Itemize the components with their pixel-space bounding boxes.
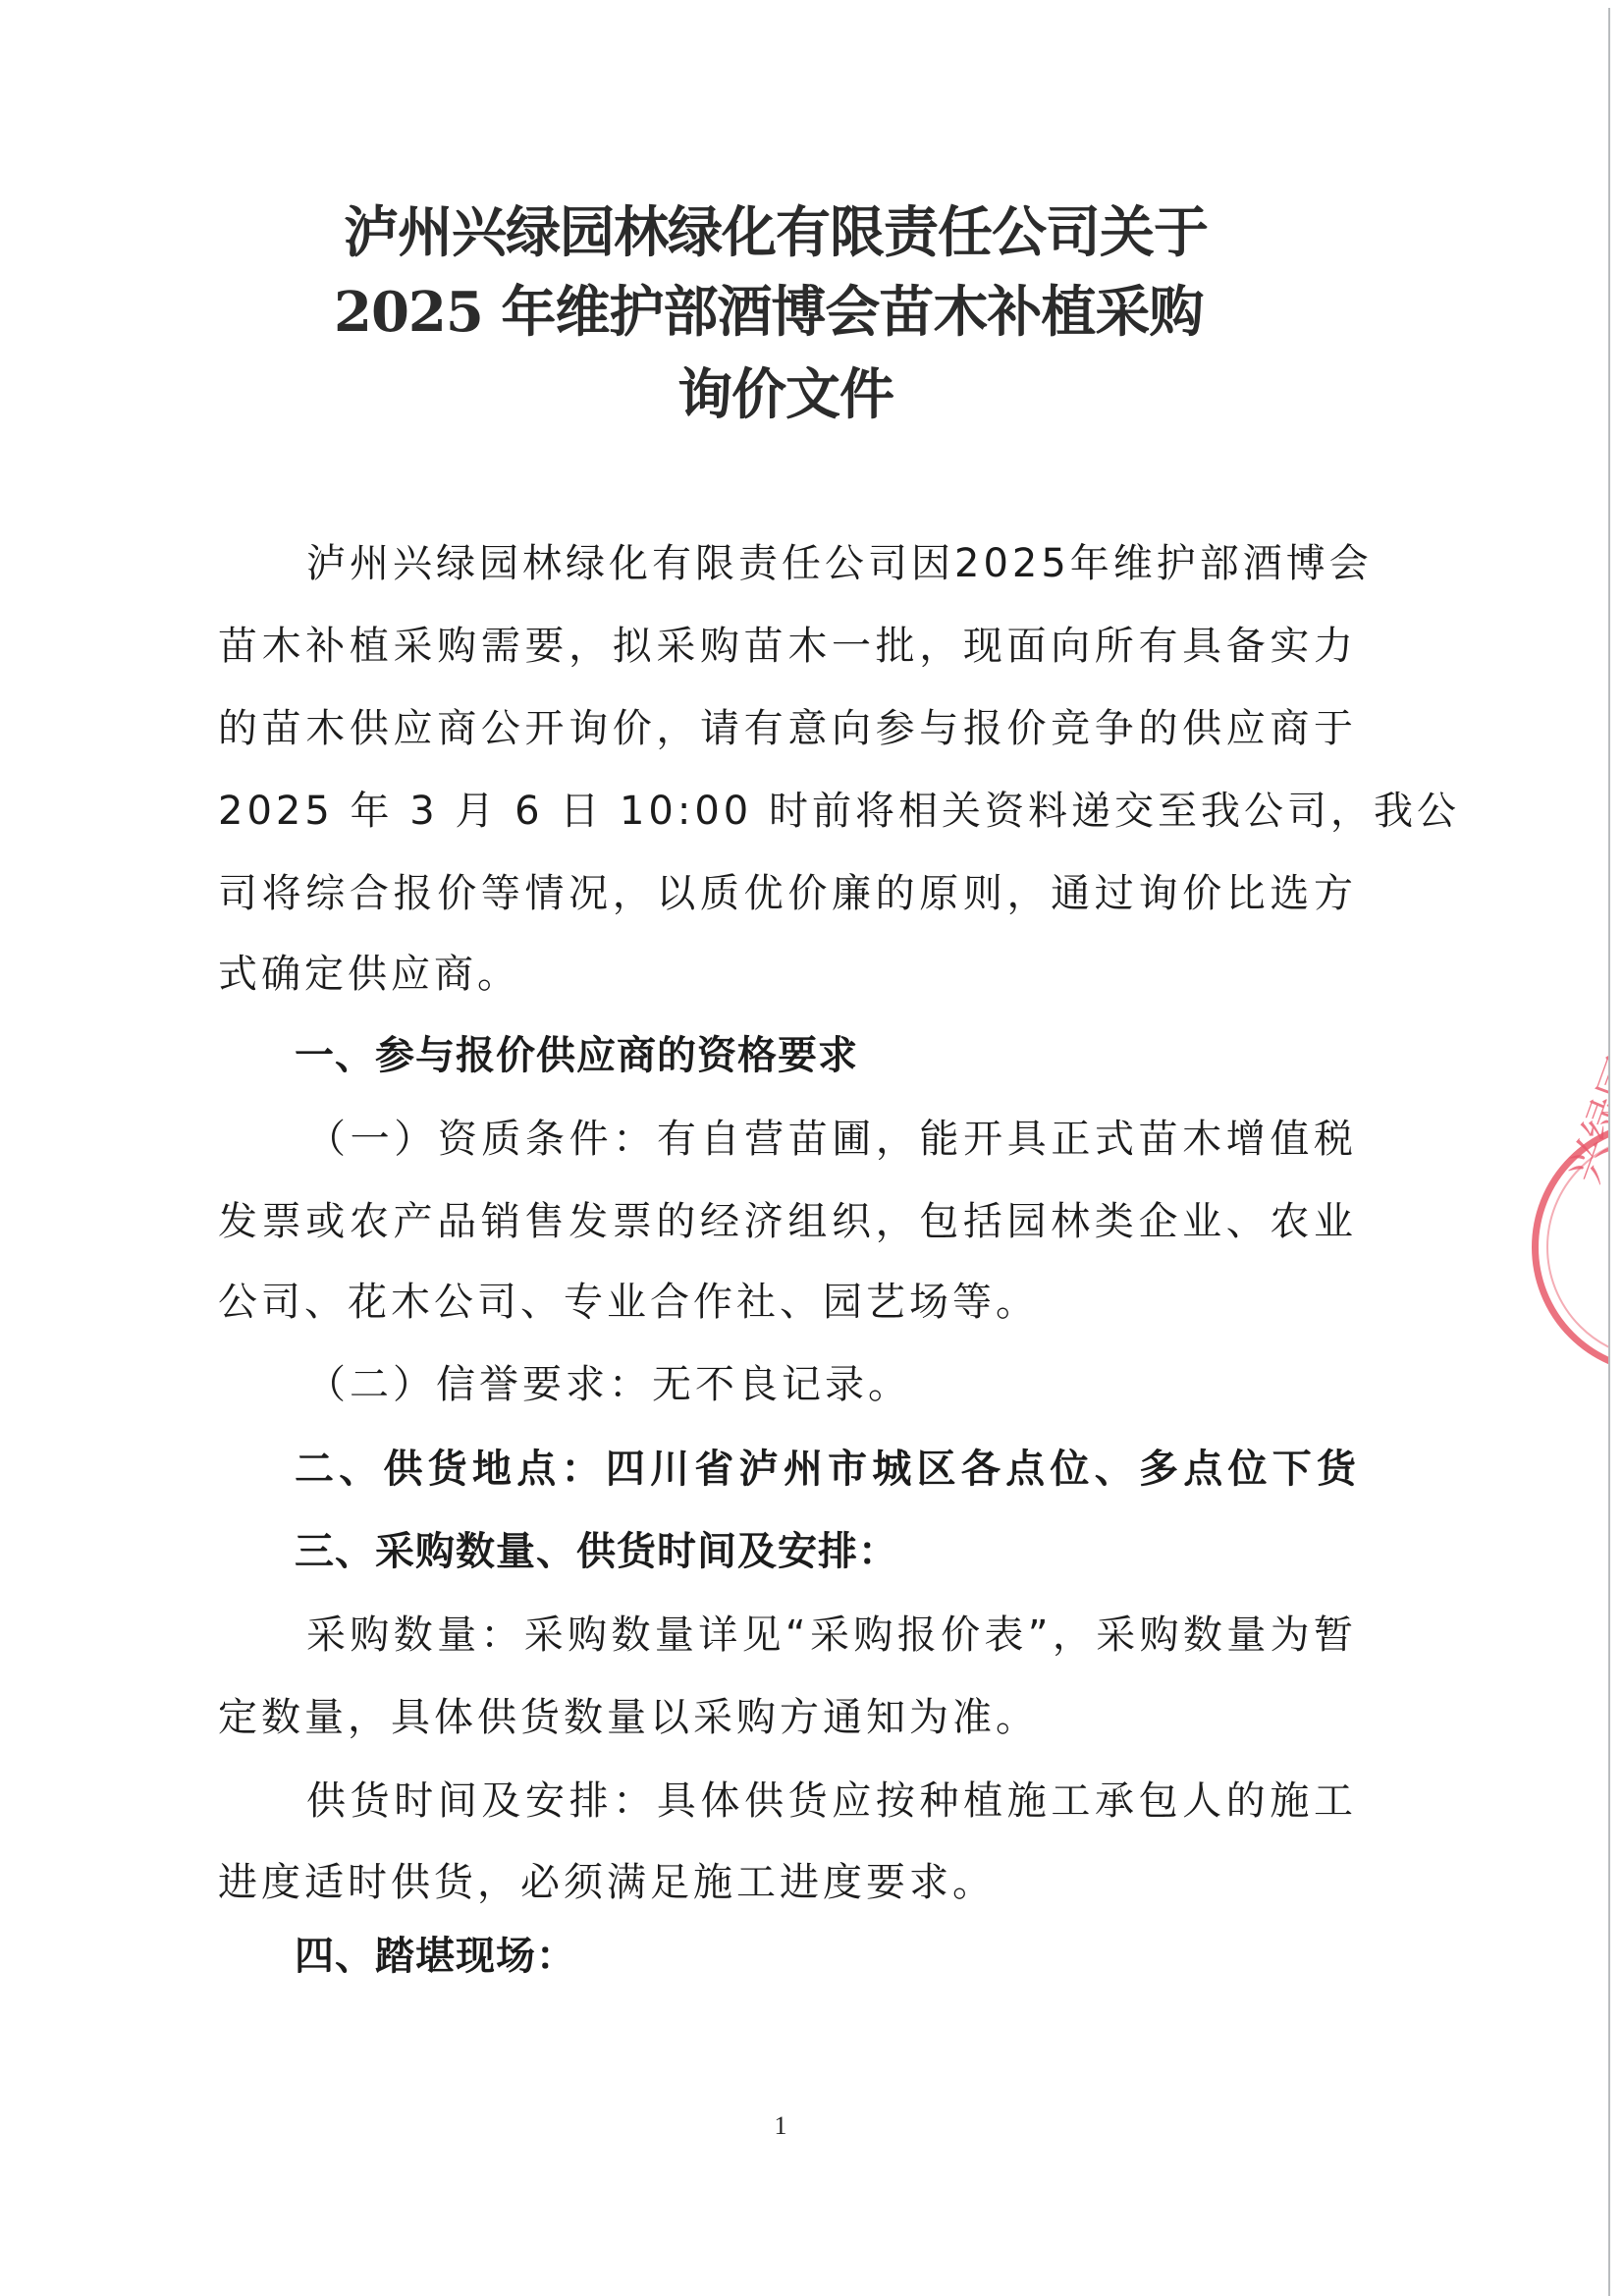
qualification-item-1-line-3: 公司、花木公司、专业合作社、园艺场等。 — [218, 1278, 1357, 1327]
section-heading-2: 二、供货地点：四川省泸州市城区各点位、多点位下货 — [295, 1445, 1357, 1494]
section-heading-3: 三、采购数量、供货时间及安排： — [295, 1527, 898, 1576]
intro-line-1: 泸州兴绿园林绿化有限责任公司因2025年维护部酒博会 — [306, 539, 1357, 588]
intro-line-5: 司将综合报价等情况，以质优价廉的原则，通过询价比选方 — [218, 869, 1357, 918]
section-heading-1: 一、参与报价供应商的资格要求 — [295, 1031, 858, 1080]
intro-line-6: 式确定供应商。 — [218, 950, 1357, 999]
page-edge-divider — [1608, 8, 1610, 2296]
title-line-2: 2025 年维护部酒博会苗木补植采购 — [334, 283, 1203, 342]
title-line-1: 泸州兴绿园林绿化有限责任公司关于 — [344, 203, 1208, 262]
intro-line-3: 的苗木供应商公开询价，请有意向参与报价竞争的供应商于 — [218, 704, 1357, 753]
qualification-item-1-line-1: （一）资质条件：有自营苗圃，能开具正式苗木增值税 — [306, 1115, 1357, 1164]
page-number: 1 — [766, 2111, 795, 2141]
schedule-line-1: 供货时间及安排：具体供货应按种植施工承包人的施工 — [306, 1777, 1357, 1826]
intro-line-4: 2025 年 3 月 6 日 10:00 时前将相关资料递交至我公司，我公 — [218, 787, 1357, 836]
section-heading-4: 四、踏堪现场： — [295, 1932, 576, 1981]
qualification-item-2: （二）信誉要求：无不良记录。 — [306, 1360, 1357, 1409]
company-seal-text: 兴绿园 — [1549, 1047, 1608, 1190]
intro-line-2: 苗木补植采购需要，拟采购苗木一批，现面向所有具备实力 — [218, 622, 1357, 671]
quantity-line-2: 定数量，具体供货数量以采购方通知为准。 — [218, 1693, 1357, 1742]
quantity-line-1: 采购数量：采购数量详见“采购报价表”，采购数量为暂 — [306, 1611, 1357, 1660]
title-line-3: 询价文件 — [677, 365, 893, 424]
schedule-line-2: 进度适时供货，必须满足施工进度要求。 — [218, 1858, 1357, 1907]
qualification-item-1-line-2: 发票或农产品销售发票的经济组织，包括园林类企业、农业 — [218, 1197, 1357, 1246]
